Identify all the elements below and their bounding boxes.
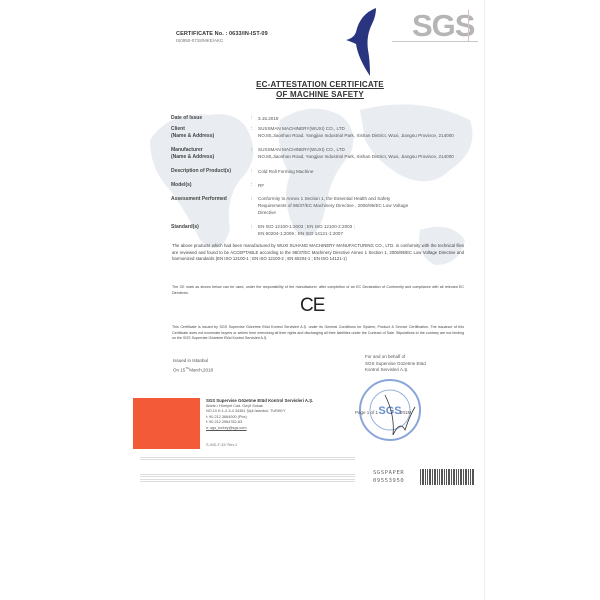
field-value-date: 3.15.2018 <box>258 115 278 122</box>
barcode-icon <box>420 469 474 485</box>
page-code: 201M <box>400 410 411 415</box>
fine-print-1 <box>140 455 355 462</box>
field-value-client-name: SUSSMAN MACHINERY(WUXI) CO., LTD <box>258 125 345 132</box>
field-value-assessment-2: Requirements of 98/37/EC Machinery Direc… <box>258 202 408 209</box>
certificate-page: CERTIFICATE No. : 0633/IN-IST-09 IS0950-… <box>0 0 600 600</box>
colon: : <box>251 126 252 132</box>
sgs-logo: SGS <box>412 8 474 44</box>
colon: : <box>251 168 252 174</box>
field-value-assessment-1: Conformity to Annex 1 Section 1, the Ess… <box>258 195 390 202</box>
certificate-title: EC-ATTESTATION CERTIFICATE <box>20 80 600 89</box>
colon: : <box>251 115 252 121</box>
field-label-standards: Standard(s) <box>171 224 199 231</box>
field-value-product: Cold Roll Forming Machine <box>258 168 313 175</box>
field-label-model: Model(s) <box>171 182 192 189</box>
field-label-assessment: Assessment Performed <box>171 196 227 203</box>
field-label-client: Client (Name & Address) <box>171 126 214 140</box>
field-value-client-address: NO.80,Jiaoshan Road, Yangjian Industrial… <box>258 132 454 139</box>
paper-serial: SGSPAPER 09553950 <box>373 469 404 485</box>
field-value-standards-1: EN ISO 12100-1:2003 ; EN ISO 12100-2:200… <box>258 223 355 230</box>
field-value-manufacturer-name: SUSSMAN MACHINERY(WUXI) CO., LTD <box>258 146 345 153</box>
fine-print-2 <box>140 472 355 484</box>
issued-on: On 15THMarch,2018 <box>173 365 213 374</box>
conformity-paragraph: The above products which had been manufa… <box>172 243 464 263</box>
issuer-paragraph: This Certificate is issued by SGS Superv… <box>172 325 464 342</box>
issued-in: Issued in Istanbul <box>173 358 213 365</box>
field-value-assessment-3: Directive <box>258 209 276 216</box>
behalf-line: Kontrol Servisleri A.Ş. <box>365 367 426 374</box>
paper-label: SGSPAPER <box>373 469 404 477</box>
colon: : <box>251 182 252 188</box>
footer-company: SGS Supervise Gözetme Etüd Kontrol Servi… <box>206 398 313 404</box>
logo-rule <box>392 41 478 42</box>
field-label-product: Description of Product(s) <box>171 168 231 175</box>
page-indicator: Page 1 of 1 <box>355 410 378 415</box>
form-code: S-IND-F-32/ Rev.1 <box>206 443 237 447</box>
field-value-manufacturer-address: NO.80,Jiaoshan Road, Yangjian Industrial… <box>258 153 454 160</box>
certificate-subtitle: OF MACHINE SAFETY <box>20 90 600 99</box>
colon: : <box>251 224 252 230</box>
logo-rule-vertical <box>468 10 469 42</box>
paper-number: 09553950 <box>373 477 404 485</box>
field-value-model: RF <box>258 182 264 189</box>
certificate-reference: IS0950-0718/MKE/AKC <box>176 38 223 43</box>
ce-mark: CE <box>300 295 324 317</box>
certificate-number: CERTIFICATE No. : 0633/IN-IST-09 <box>176 31 268 37</box>
field-label-date: Date of Issue <box>171 115 202 122</box>
sgs-orange-block <box>133 398 200 449</box>
colon: : <box>251 196 252 202</box>
behalf-block: For and on behalf of SGS Supervise Gözet… <box>365 354 426 374</box>
email-link[interactable]: e: sgs_turkey@sgs.com <box>206 426 313 432</box>
issued-block: Issued in Istanbul On 15THMarch,2018 <box>173 358 213 374</box>
field-value-standards-2: EN 60204-1:2006 ; EN ISO 14121-1:2007 <box>258 230 343 237</box>
footer-address: SGS Supervise Gözetme Etüd Kontrol Servi… <box>206 398 313 431</box>
eagle-icon <box>330 6 390 78</box>
colon: : <box>251 147 252 153</box>
field-label-manufacturer: Manufacturer (Name & Address) <box>171 147 214 161</box>
